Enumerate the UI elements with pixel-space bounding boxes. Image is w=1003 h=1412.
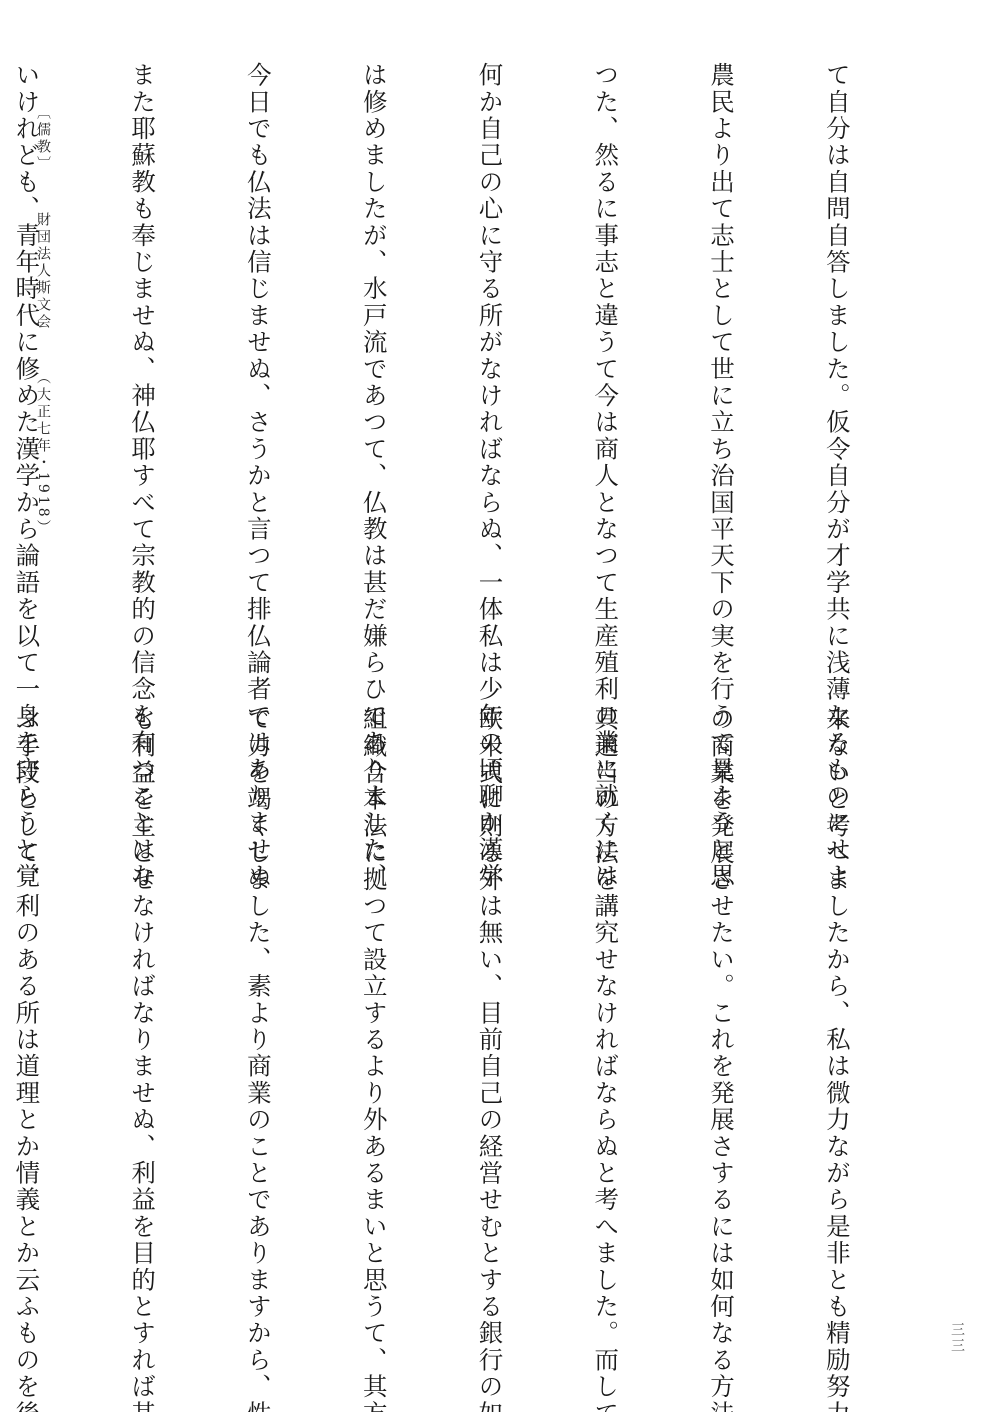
text-block-top: て自分は自問自答しました。仮令自分が才学共に浅薄なるものにせよ 農民より出て志士… (0, 62, 933, 662)
text-column: また耶蘇教も奉じませぬ、神仏耶すべて宗教的の信念を有つことはな (123, 62, 162, 662)
text-column: 来ないと考へましたから、私は微力ながら是非とも精励努力して日本 (817, 706, 856, 1326)
page-number: 三三 (947, 1322, 967, 1354)
text-column: 欧米式に則る外は無い、目前自己の経営せむとする銀行の如きも会社 (470, 706, 509, 1326)
text-column: つた、然るに事志と違うて今は商人となつて生産殖利の業に就くには (586, 62, 625, 662)
text-column: も利益を主とせなければなりませぬ、利益を目的とすれば其目的に伴 (123, 706, 162, 1326)
text-column: は修めましたが、水戸流であつて、仏教は甚だ嫌らひでありました、 (354, 62, 393, 662)
text-column: いけれども、青年時代に修めた漢学から論語を以て一身を守らうと覚 (7, 62, 46, 662)
text-column: 其適当の方法を講究せなければならぬと考へました。而して其大体は (586, 706, 625, 1326)
text-block-bottom: 来ないと考へましたから、私は微力ながら是非とも精励努力して日本 の商業を発展させ… (0, 706, 933, 1326)
text-column: 組織合本法に拠つて設立するより外あるまいと思うて、其方法に拠つ (354, 706, 393, 1326)
text-column: の商業を発展させたい。これを発展さするには如何なる方法に拠るか (701, 706, 740, 1326)
text-column: て自分は自問自答しました。仮令自分が才学共に浅薄なるものにせよ (817, 62, 856, 662)
text-column: 今日でも仏法は信じませぬ、さうかと言つて排仏論者ではありませぬ (238, 62, 277, 662)
text-column: ふ手段として、利のある所は道理とか情義とか云ふものを後にするや (7, 706, 46, 1326)
text-column: て力を竭くしました、素より商業のことでありますから、性質として (238, 706, 277, 1326)
text-column: 何か自己の心に守る所がなければならぬ、一体私は少年の頃聊か漢学 (470, 62, 509, 662)
text-column: 農民より出て志士として世に立ち治国平天下の実を行うて見ようと思 (701, 62, 740, 662)
